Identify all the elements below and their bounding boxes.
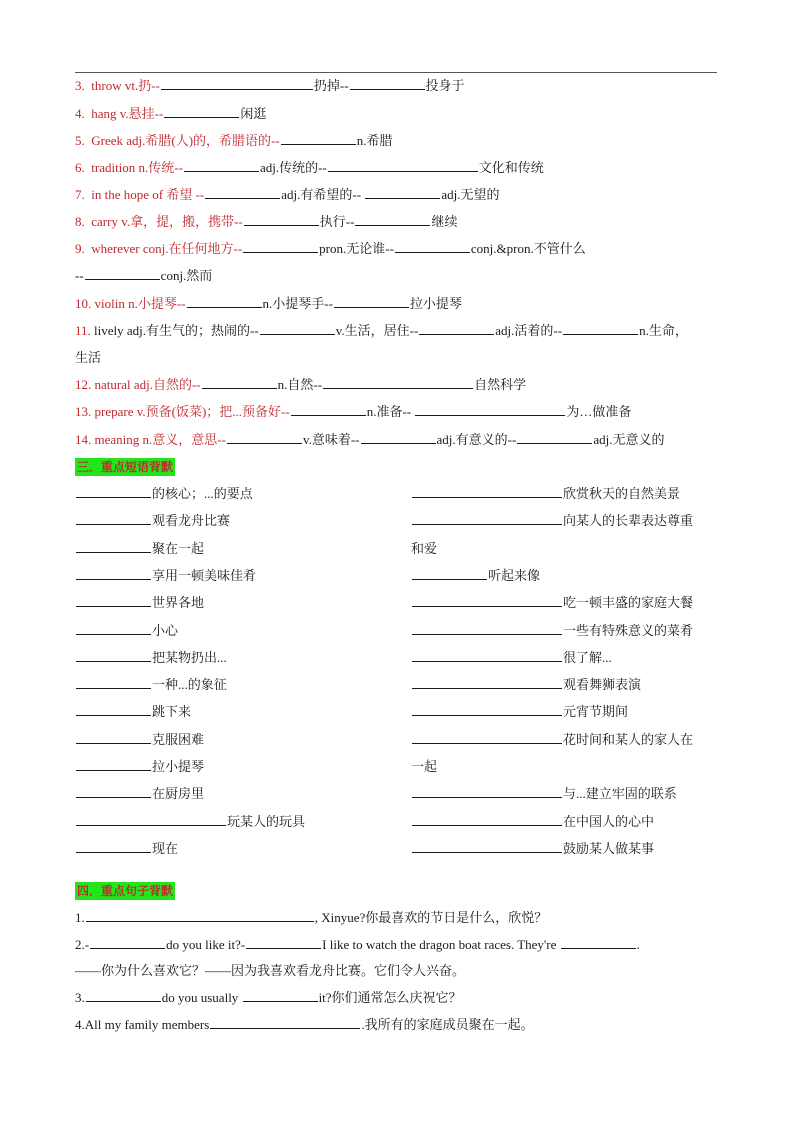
answer-blank[interactable] xyxy=(76,732,151,744)
vocab-num: 4. xyxy=(75,106,85,121)
answer-blank[interactable] xyxy=(365,187,440,199)
vocab-num: 9. xyxy=(75,241,85,256)
sentence-2-translation: ——你为什么喜欢它？——因为我喜欢看龙舟比赛。它们令人兴奋。 xyxy=(75,963,465,979)
answer-blank[interactable] xyxy=(76,595,151,607)
phrase-right-item: 鼓励某人做某事 xyxy=(411,841,654,857)
phrase-right-item: 和爱 xyxy=(411,541,437,557)
answer-blank[interactable] xyxy=(355,214,430,226)
vocab-part: 扔掉-- xyxy=(314,78,349,93)
answer-blank[interactable] xyxy=(76,623,151,635)
phrase-right-item: 吃一顿丰盛的家庭大餐 xyxy=(411,595,693,611)
answer-blank[interactable] xyxy=(412,814,562,826)
vocab-head: in the hope of 希望 -- xyxy=(91,187,204,202)
phrase-right-item: 听起来像 xyxy=(411,568,540,584)
vocab-part: adj.传统的-- xyxy=(260,160,327,175)
phrase-left-item: 小心 xyxy=(75,623,178,639)
vocab-part: 为…做准备 xyxy=(566,404,631,419)
vocab-head: hang v.悬挂-- xyxy=(91,106,163,121)
vocab-num: 5. xyxy=(75,133,85,148)
vocab-head: tradition n.传统-- xyxy=(91,160,183,175)
vocab-part: conj.&pron.不管什么 xyxy=(471,241,586,256)
phrase-right-item: 很了解... xyxy=(411,650,612,666)
vocab-item-6: 6. tradition n.传统--adj.传统的--文化和传统 xyxy=(75,160,544,176)
answer-blank[interactable] xyxy=(350,78,425,90)
phrase-left-item: 世界各地 xyxy=(75,595,204,611)
phrase-left-item: 玩某人的玩具 xyxy=(75,814,305,830)
answer-blank[interactable] xyxy=(246,937,321,949)
vocab-num: 3. xyxy=(75,78,85,93)
phrase-meaning: 克服困难 xyxy=(152,732,204,747)
answer-blank[interactable] xyxy=(76,568,151,580)
phrase-meaning: 一些有特殊意义的菜肴 xyxy=(563,623,693,638)
vocab-part: 生活 xyxy=(75,350,101,365)
phrase-meaning: 世界各地 xyxy=(152,595,204,610)
vocab-head: natural adj.自然的-- xyxy=(95,377,201,392)
phrase-left-item: 观看龙舟比赛 xyxy=(75,513,230,529)
answer-blank[interactable] xyxy=(412,732,562,744)
phrase-meaning: 在厨房里 xyxy=(152,786,204,801)
answer-blank[interactable] xyxy=(361,432,436,444)
answer-blank[interactable] xyxy=(412,623,562,635)
phrase-meaning: 向某人的长辈表达尊重 xyxy=(563,513,693,528)
phrase-meaning: 与...建立牢固的联系 xyxy=(563,786,677,801)
answer-blank[interactable] xyxy=(227,432,302,444)
vocab-item-9: 9. wherever conj.在任何地方--pron.无论谁--conj.&… xyxy=(75,241,586,257)
vocab-part: 执行-- xyxy=(320,214,355,229)
answer-blank[interactable] xyxy=(415,404,565,416)
answer-blank[interactable] xyxy=(412,704,562,716)
answer-blank[interactable] xyxy=(90,937,165,949)
phrase-meaning: 拉小提琴 xyxy=(152,759,204,774)
phrase-meaning: 小心 xyxy=(152,623,178,638)
phrase-right-item: 观看舞狮表演 xyxy=(411,677,641,693)
answer-blank[interactable] xyxy=(412,650,562,662)
sentence-text: , Xinyue?你最喜欢的节日是什么，欣悦？ xyxy=(315,910,548,925)
phrase-right-item: 一起 xyxy=(411,759,437,775)
answer-blank[interactable] xyxy=(210,1017,360,1029)
answer-blank[interactable] xyxy=(187,296,262,308)
answer-blank[interactable] xyxy=(86,990,161,1002)
phrase-left-item: 一种...的象征 xyxy=(75,677,227,693)
vocab-head: prepare v.预备(饭菜)；把...预备好-- xyxy=(95,404,290,419)
vocab-part: 继续 xyxy=(431,214,457,229)
sentence-2: 2.-do you like it?-I like to watch the d… xyxy=(75,937,640,953)
sentence-1: 1., Xinyue?你最喜欢的节日是什么，欣悦？ xyxy=(75,910,547,926)
phrase-meaning: 一种...的象征 xyxy=(152,677,227,692)
phrase-left-item: 拉小提琴 xyxy=(75,759,204,775)
answer-blank[interactable] xyxy=(412,841,562,853)
vocab-part: adj.无望的 xyxy=(441,187,499,202)
vocab-head: violin n.小提琴-- xyxy=(95,296,186,311)
phrase-right-item: 与...建立牢固的联系 xyxy=(411,786,677,802)
phrase-right-item: 向某人的长辈表达尊重 xyxy=(411,513,693,529)
vocab-part: n.准备-- xyxy=(367,404,411,419)
phrase-meaning: 观看舞狮表演 xyxy=(563,677,641,692)
vocab-part: 文化和传统 xyxy=(479,160,544,175)
answer-blank[interactable] xyxy=(412,677,562,689)
vocab-part: adj.活着的-- xyxy=(495,323,562,338)
vocab-part: adj.有意义的-- xyxy=(437,432,517,447)
vocab-part: 闲逛 xyxy=(240,106,266,121)
vocab-item-11-cont: 生活 xyxy=(75,350,101,366)
answer-blank[interactable] xyxy=(323,377,473,389)
phrase-left-item: 把某物扔出... xyxy=(75,650,227,666)
answer-blank[interactable] xyxy=(412,568,487,580)
phrase-meaning: 跳下来 xyxy=(152,704,191,719)
vocab-part: n.小提琴手-- xyxy=(263,296,333,311)
vocab-part: conj.然而 xyxy=(161,268,213,283)
vocab-item-7: 7. in the hope of 希望 --adj.有希望的-- adj.无望… xyxy=(75,187,499,203)
answer-blank[interactable] xyxy=(76,759,151,771)
phrase-left-item: 享用一顿美味佳肴 xyxy=(75,568,256,584)
sentence-text: . xyxy=(637,937,640,952)
vocab-head: lively adj. xyxy=(94,323,146,338)
vocab-item-5: 5. Greek adj.希腊(人)的，希腊语的--n.希腊 xyxy=(75,133,392,149)
phrase-right-item: 在中国人的心中 xyxy=(411,814,654,830)
phrase-meaning: 玩某人的玩具 xyxy=(227,814,305,829)
vocab-head: Greek adj.希腊(人)的，希腊语的-- xyxy=(91,133,279,148)
answer-blank[interactable] xyxy=(76,513,151,525)
answer-blank[interactable] xyxy=(76,786,151,798)
vocab-item-10: 10. violin n.小提琴--n.小提琴手--拉小提琴 xyxy=(75,296,462,312)
vocab-num: 7. xyxy=(75,187,85,202)
phrase-meaning: 现在 xyxy=(152,841,178,856)
sentence-3: 3.do you usually it?你们通常怎么庆祝它？ xyxy=(75,990,462,1006)
vocab-head: throw vt.扔-- xyxy=(91,78,160,93)
answer-blank[interactable] xyxy=(561,937,636,949)
sentence-text: do you like it?- xyxy=(166,937,245,952)
vocab-num: 13. xyxy=(75,404,91,419)
section-heading-sentences: 四．重点句子背默 xyxy=(75,882,175,900)
answer-blank[interactable] xyxy=(184,160,259,172)
vocab-head: wherever conj.在任何地方-- xyxy=(91,241,242,256)
vocab-num: 14. xyxy=(75,432,91,447)
header-rule xyxy=(75,72,717,73)
phrase-meaning: 元宵节期间 xyxy=(563,704,628,719)
phrase-meaning: 听起来像 xyxy=(488,568,540,583)
vocab-item-9-cont: --conj.然而 xyxy=(75,268,212,284)
vocab-part: n.生命， xyxy=(639,323,688,338)
answer-blank[interactable] xyxy=(205,187,280,199)
answer-blank[interactable] xyxy=(76,704,151,716)
phrase-meaning: 的核心；...的要点 xyxy=(152,486,253,501)
vocab-head: 有生气的；热闹的-- xyxy=(146,323,259,338)
phrase-right-item: 欣赏秋天的自然美景 xyxy=(411,486,680,502)
answer-blank[interactable] xyxy=(517,432,592,444)
sentence-text: it?你们通常怎么庆祝它？ xyxy=(319,990,462,1005)
answer-blank[interactable] xyxy=(164,106,239,118)
answer-blank[interactable] xyxy=(412,595,562,607)
phrase-meaning: 享用一顿美味佳肴 xyxy=(152,568,256,583)
sentence-num: 3. xyxy=(75,990,85,1005)
answer-blank[interactable] xyxy=(76,677,151,689)
vocab-part: 自然科学 xyxy=(474,377,526,392)
phrase-right-item: 元宵节期间 xyxy=(411,704,628,720)
vocab-item-4: 4. hang v.悬挂--闲逛 xyxy=(75,106,266,122)
phrase-left-item: 现在 xyxy=(75,841,178,857)
sentence-num: 4.All my family members xyxy=(75,1017,209,1032)
phrase-left-item: 的核心；...的要点 xyxy=(75,486,253,502)
phrase-meaning: 鼓励某人做某事 xyxy=(563,841,654,856)
answer-blank[interactable] xyxy=(412,786,562,798)
vocab-head: meaning n.意义，意思-- xyxy=(95,432,226,447)
answer-blank[interactable] xyxy=(244,214,319,226)
answer-blank[interactable] xyxy=(419,323,494,335)
vocab-num: 6. xyxy=(75,160,85,175)
sentence-translation: ——你为什么喜欢它？——因为我喜欢看龙舟比赛。它们令人兴奋。 xyxy=(75,963,465,978)
phrase-meaning: 花时间和某人的家人在 xyxy=(563,732,693,747)
answer-blank[interactable] xyxy=(281,133,356,145)
vocab-part: 投身于 xyxy=(426,78,465,93)
sentence-text: .我所有的家庭成员聚在一起。 xyxy=(361,1017,533,1032)
vocab-part: adj.有希望的-- xyxy=(281,187,361,202)
answer-blank[interactable] xyxy=(76,541,151,553)
answer-blank[interactable] xyxy=(243,990,318,1002)
section-heading-phrases: 三．重点短语背默 xyxy=(75,458,175,476)
phrase-right-item: 花时间和某人的家人在 xyxy=(411,732,693,748)
answer-blank[interactable] xyxy=(334,296,409,308)
phrase-right-item: 一些有特殊意义的菜肴 xyxy=(411,623,693,639)
answer-blank[interactable] xyxy=(260,323,335,335)
answer-blank[interactable] xyxy=(243,241,318,253)
answer-blank[interactable] xyxy=(395,241,470,253)
vocab-item-12: 12. natural adj.自然的--n.自然--自然科学 xyxy=(75,377,526,393)
vocab-num: 8. xyxy=(75,214,85,229)
vocab-item-8: 8. carry v.拿，提，搬，携带--执行--继续 xyxy=(75,214,457,230)
answer-blank[interactable] xyxy=(76,841,151,853)
answer-blank[interactable] xyxy=(76,486,151,498)
vocab-num: 11. xyxy=(75,323,91,338)
sentence-num: 2.- xyxy=(75,937,89,952)
vocab-part: adj.无意义的 xyxy=(593,432,664,447)
answer-blank[interactable] xyxy=(86,910,314,922)
phrase-meaning: 和爱 xyxy=(411,541,437,556)
phrase-left-item: 克服困难 xyxy=(75,732,204,748)
vocab-part: n.自然-- xyxy=(278,377,322,392)
phrase-left-item: 聚在一起 xyxy=(75,541,204,557)
answer-blank[interactable] xyxy=(412,486,562,498)
vocab-num: 10. xyxy=(75,296,91,311)
phrase-meaning: 把某物扔出... xyxy=(152,650,227,665)
vocab-head: carry v.拿，提，搬，携带-- xyxy=(91,214,243,229)
phrase-left-item: 跳下来 xyxy=(75,704,191,720)
vocab-part: pron.无论谁-- xyxy=(319,241,394,256)
vocab-num: 12. xyxy=(75,377,91,392)
vocab-item-11: 11. lively adj.有生气的；热闹的--v.生活，居住--adj.活着… xyxy=(75,323,688,339)
vocab-part: n.希腊 xyxy=(357,133,393,148)
answer-blank[interactable] xyxy=(328,160,478,172)
phrase-meaning: 观看龙舟比赛 xyxy=(152,513,230,528)
sentence-text: I like to watch the dragon boat races. T… xyxy=(322,937,559,952)
answer-blank[interactable] xyxy=(76,814,226,826)
vocab-part: v.意味着-- xyxy=(303,432,360,447)
answer-blank[interactable] xyxy=(161,78,313,90)
vocab-item-13: 13. prepare v.预备(饭菜)；把...预备好--n.准备-- 为…做… xyxy=(75,404,631,420)
answer-blank[interactable] xyxy=(291,404,366,416)
sentence-4: 4.All my family members.我所有的家庭成员聚在一起。 xyxy=(75,1017,534,1033)
sentence-num: 1. xyxy=(75,910,85,925)
sentence-text: do you usually xyxy=(162,990,242,1005)
phrase-meaning: 聚在一起 xyxy=(152,541,204,556)
phrase-meaning: 很了解... xyxy=(563,650,612,665)
phrase-meaning: 欣赏秋天的自然美景 xyxy=(563,486,680,501)
answer-blank[interactable] xyxy=(76,650,151,662)
answer-blank[interactable] xyxy=(563,323,638,335)
vocab-item-14: 14. meaning n.意义，意思--v.意味着--adj.有意义的--ad… xyxy=(75,432,664,448)
vocab-item-3: 3. throw vt.扔--扔掉--投身于 xyxy=(75,78,465,94)
answer-blank[interactable] xyxy=(202,377,277,389)
vocab-part: 拉小提琴 xyxy=(410,296,462,311)
phrase-meaning: 吃一顿丰盛的家庭大餐 xyxy=(563,595,693,610)
phrase-left-item: 在厨房里 xyxy=(75,786,204,802)
vocab-part: v.生活，居住-- xyxy=(336,323,419,338)
phrase-meaning: 一起 xyxy=(411,759,437,774)
answer-blank[interactable] xyxy=(412,513,562,525)
vocab-part: -- xyxy=(75,268,84,283)
answer-blank[interactable] xyxy=(85,268,160,280)
phrase-meaning: 在中国人的心中 xyxy=(563,814,654,829)
